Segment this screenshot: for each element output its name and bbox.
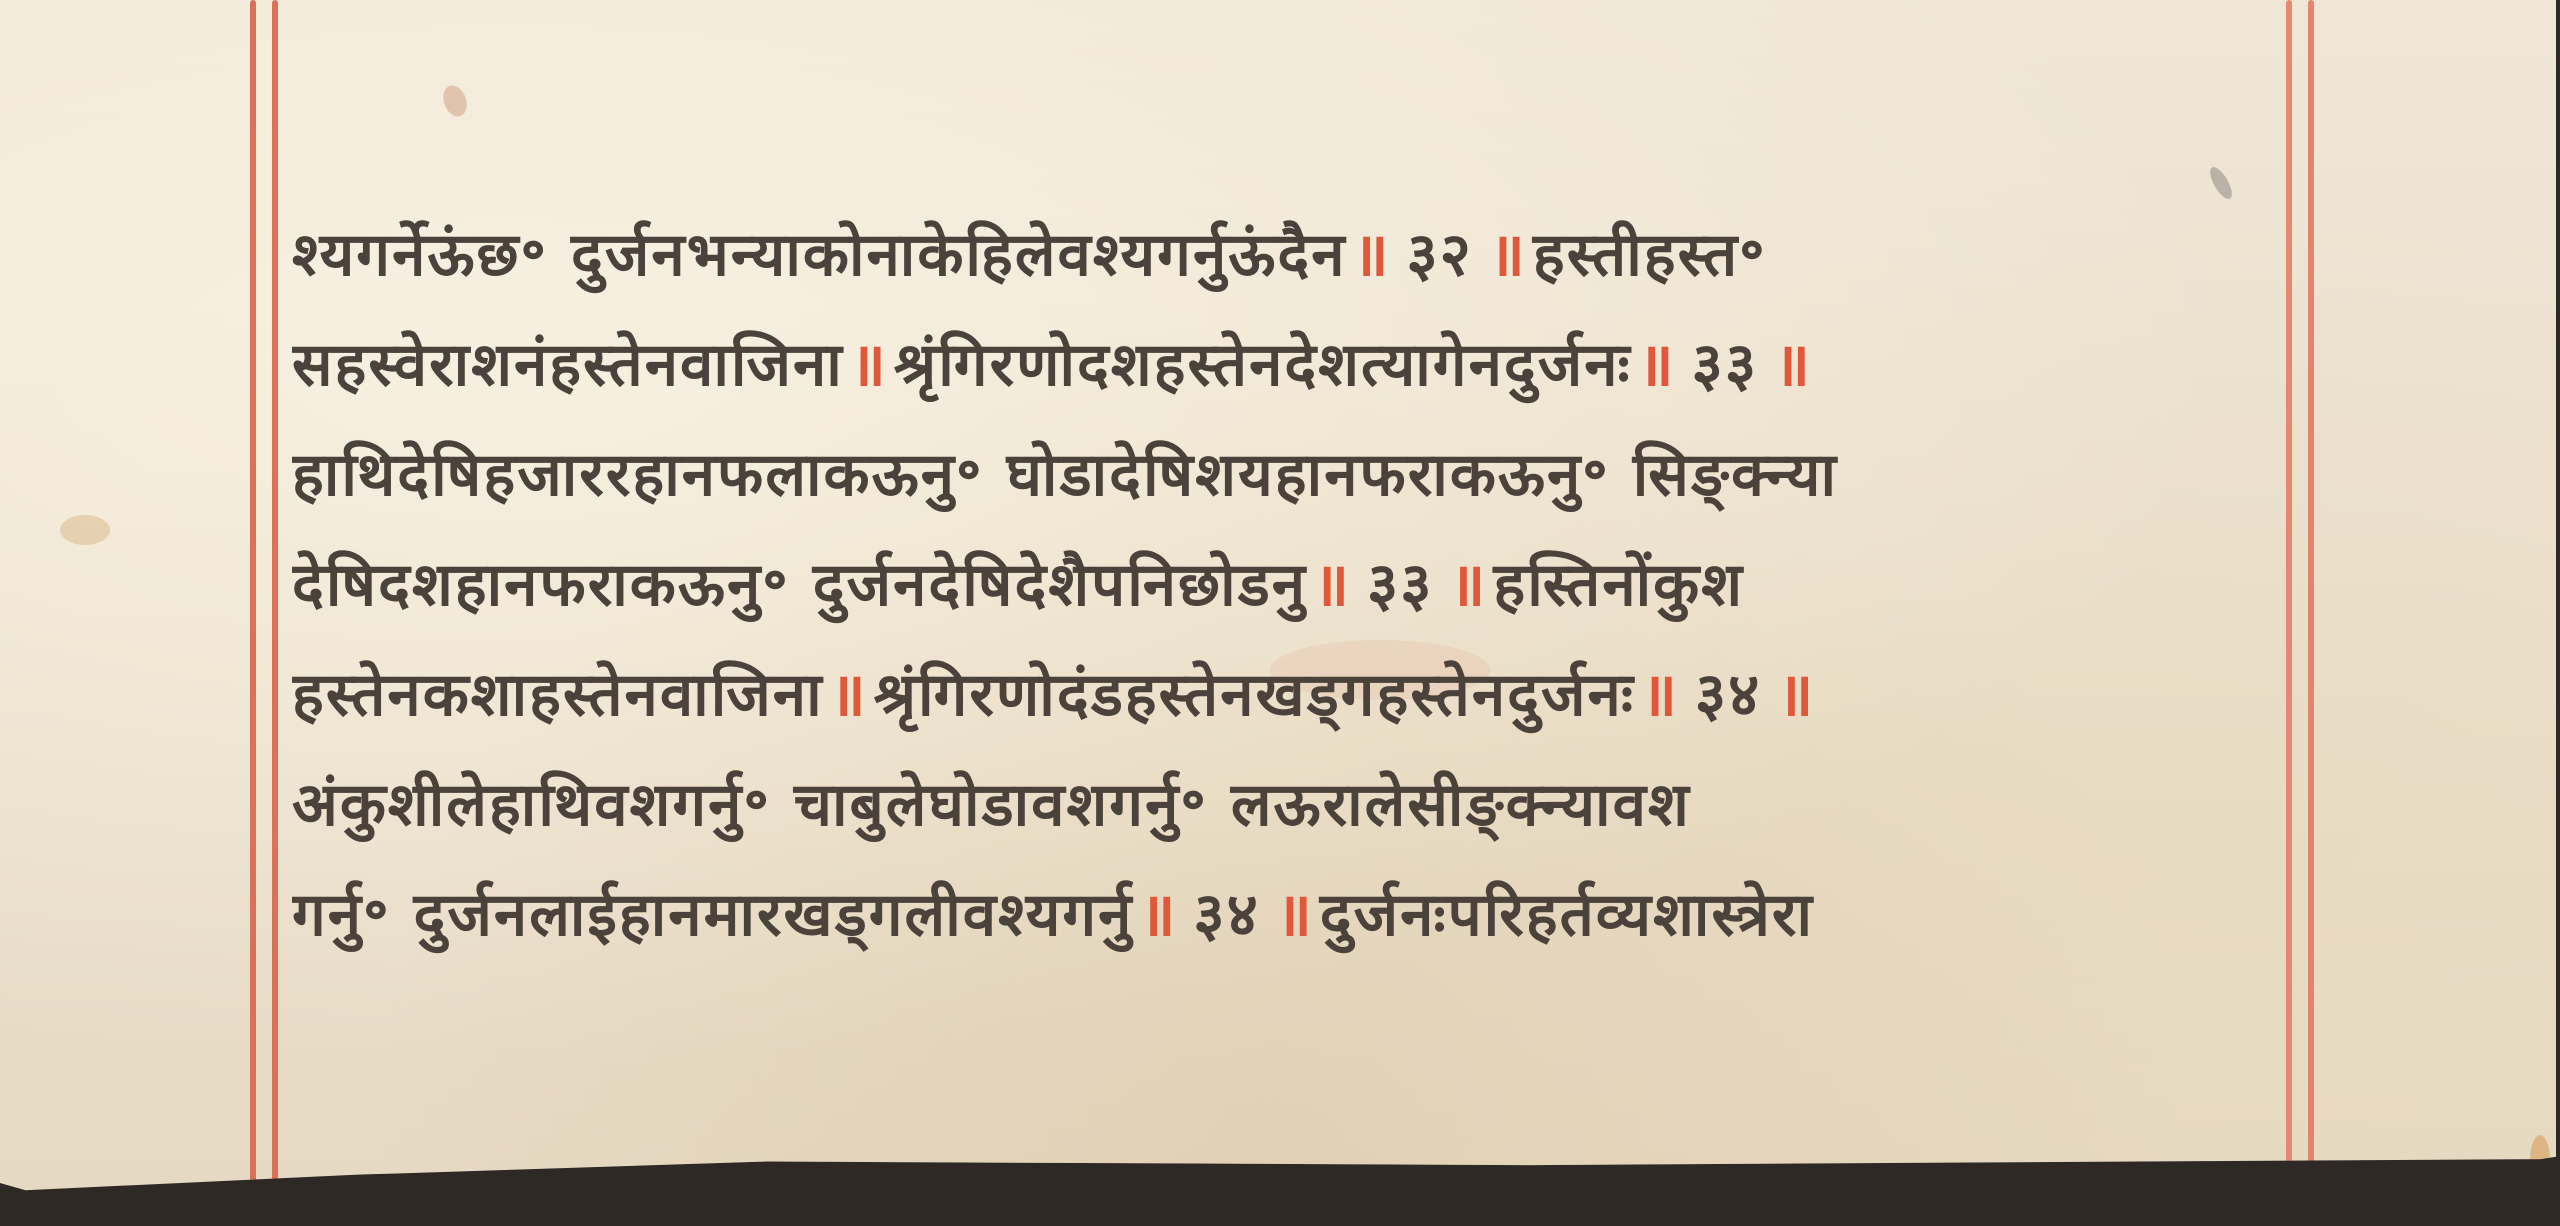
right-margin-rule-inner	[2286, 0, 2292, 1185]
manuscript-text-block: श्यगर्नेऊंछ॰ दुर्जनभन्याकोनाकेहिलेवश्यगर…	[292, 200, 2282, 970]
text-line-6: अंकुशीलेहाथिवशगर्नु॰ चाबुलेघोडावशगर्नु॰ …	[292, 750, 2282, 860]
text-segment: हस्तिनोंकुश	[1493, 550, 1744, 620]
text-line-7: गर्नु॰ दुर्जनलाईहानमारखड्गलीवश्यगर्नु॥३४…	[292, 860, 2282, 970]
verse-number: ३३	[1682, 330, 1768, 400]
double-danda: ॥	[1483, 220, 1533, 290]
verse-number: ३३	[1357, 550, 1443, 620]
double-danda: ॥	[844, 330, 894, 400]
verse-number: ३४	[1183, 880, 1269, 950]
text-segment: श्रृंगिरणोदशहस्तेनदेशत्यागेनदुर्जनः	[894, 330, 1632, 400]
text-segment: हाथिदेषिहजाररहानफलाकऊनु॰ घोडादेषिशयहानफर…	[292, 440, 1838, 510]
text-segment: गर्नु॰ दुर्जनलाईहानमारखड्गलीवश्यगर्नु	[292, 880, 1133, 950]
text-segment: दुर्जनःपरिहर्तव्यशास्त्रेरा	[1320, 880, 1814, 950]
text-segment: अंकुशीलेहाथिवशगर्नु॰ चाबुलेघोडावशगर्नु॰ …	[292, 770, 1691, 840]
verse-number: ३४	[1685, 660, 1771, 730]
water-stain	[2530, 1135, 2550, 1185]
text-line-2: सहस्वेराशनंहस्तेनवाजिना॥श्रृंगिरणोदशहस्त…	[292, 310, 2282, 420]
double-danda: ॥	[1632, 330, 1682, 400]
text-line-1: श्यगर्नेऊंछ॰ दुर्जनभन्याकोनाकेहिलेवश्यगर…	[292, 200, 2282, 310]
double-danda: ॥	[1768, 330, 1818, 400]
double-danda: ॥	[1347, 220, 1397, 290]
right-margin-rule-outer	[2308, 0, 2314, 1188]
verse-number: ३२	[1396, 220, 1482, 290]
manuscript-folio: श्यगर्नेऊंछ॰ दुर्जनभन्याकोनाकेहिलेवश्यगर…	[0, 0, 2556, 1195]
ink-stain	[439, 82, 471, 120]
ink-stain	[2206, 164, 2236, 202]
text-segment: हस्तीहस्त॰	[1533, 220, 1767, 290]
left-margin-rule-inner	[272, 0, 278, 1190]
text-line-3: हाथिदेषिहजाररहानफलाकऊनु॰ घोडादेषिशयहानफर…	[292, 420, 2282, 530]
double-danda: ॥	[1133, 880, 1183, 950]
text-segment: श्यगर्नेऊंछ॰ दुर्जनभन्याकोनाकेहिलेवश्यगर…	[292, 220, 1347, 290]
double-danda: ॥	[1270, 880, 1320, 950]
double-danda: ॥	[824, 660, 874, 730]
double-danda: ॥	[1771, 660, 1821, 730]
text-line-5: हस्तेनकशाहस्तेनवाजिना॥श्रृंगिरणोदंडहस्ते…	[292, 640, 2282, 750]
double-danda: ॥	[1635, 660, 1685, 730]
water-stain	[60, 515, 110, 545]
text-segment: देषिदशहानफराकऊनु॰ दुर्जनदेषिदेशैपनिछोडनु	[292, 550, 1307, 620]
double-danda: ॥	[1443, 550, 1493, 620]
text-line-4: देषिदशहानफराकऊनु॰ दुर्जनदेषिदेशैपनिछोडनु…	[292, 530, 2282, 640]
double-danda: ॥	[1307, 550, 1357, 620]
left-margin-rule-outer	[250, 0, 256, 1190]
text-segment: सहस्वेराशनंहस्तेनवाजिना	[292, 330, 844, 400]
text-segment: श्रृंगिरणोदंडहस्तेनखड्गहस्तेनदुर्जनः	[874, 660, 1635, 730]
text-segment: हस्तेनकशाहस्तेनवाजिना	[292, 660, 824, 730]
